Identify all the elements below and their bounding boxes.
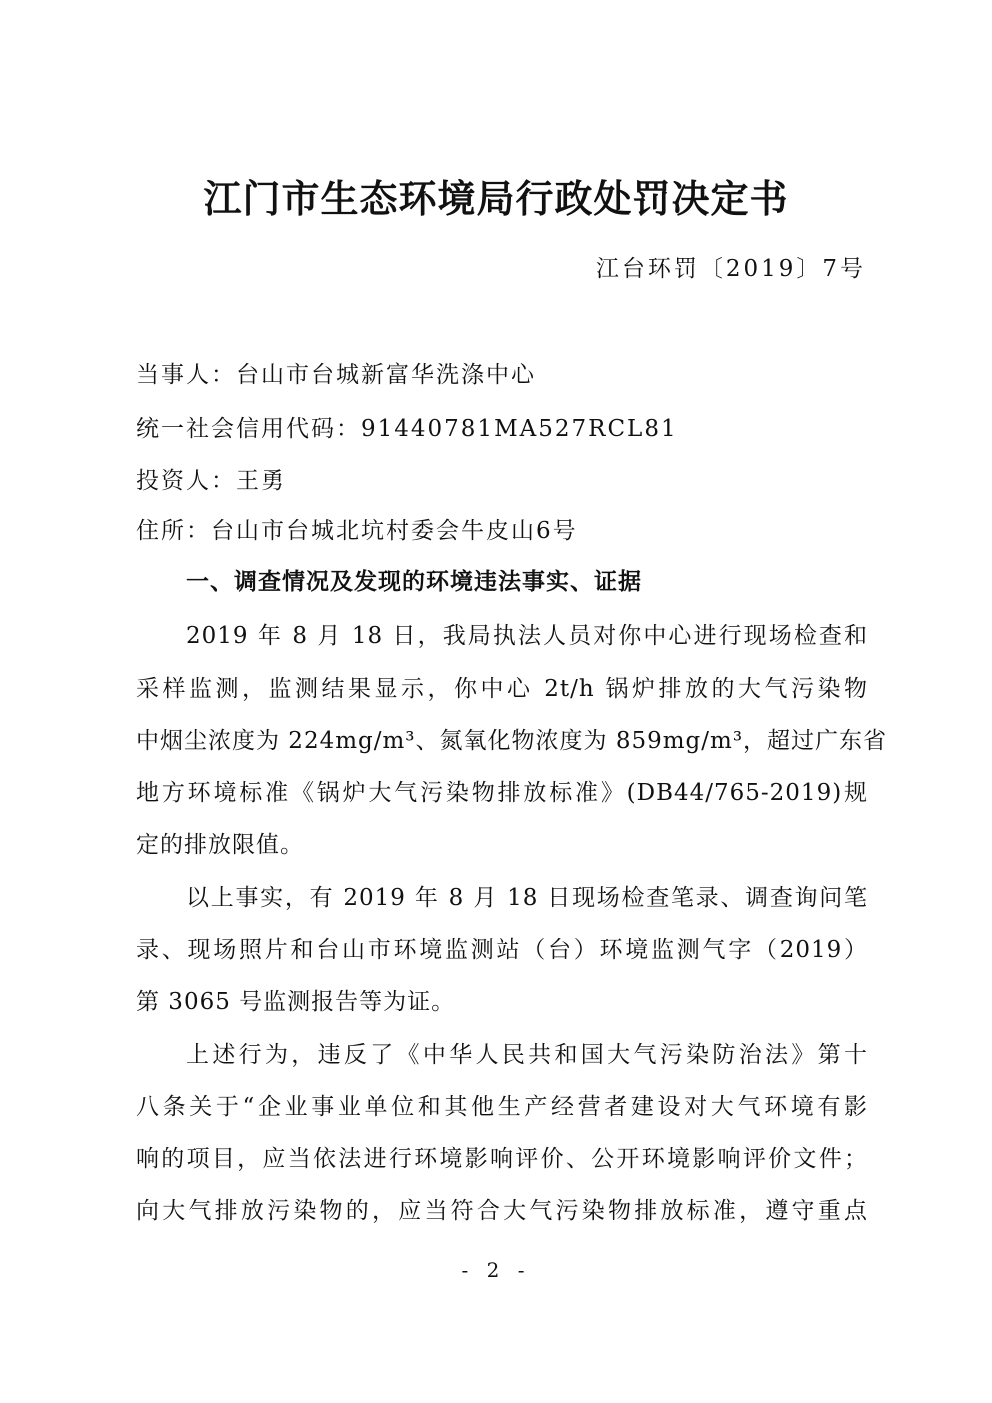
paragraph-line: 向大气排放污染物的，应当符合大气污染物排放标准，遵守重点 (136, 1192, 868, 1225)
section-heading: 一、调查情况及发现的环境违法事实、证据 (186, 563, 642, 596)
document-title: 江门市生态环境局行政处罚决定书 (0, 168, 992, 223)
address: 住所：台山市台城北坑村委会牛皮山6号 (136, 512, 868, 545)
page-number: - 2 - (0, 1258, 992, 1282)
party-name-value: 台山市台城新富华洗涤中心 (236, 362, 536, 388)
paragraph-line: 上述行为，违反了《中华人民共和国大气污染防治法》第十 (186, 1036, 868, 1069)
paragraph-line: 第 3065 号监测报告等为证。 (136, 983, 868, 1016)
party-name: 当事人：台山市台城新富华洗涤中心 (136, 356, 868, 389)
address-value: 台山市台城北坑村委会牛皮山6号 (211, 518, 578, 544)
paragraph-line: 采样监测，监测结果显示，你中心 2t/h 锅炉排放的大气污染物 (136, 670, 868, 703)
party-name-label: 当事人： (136, 362, 236, 388)
credit-code-label: 统一社会信用代码： (136, 416, 361, 442)
paragraph-line: 以上事实，有 2019 年 8 月 18 日现场检查笔录、调查询问笔 (186, 879, 868, 912)
credit-code-value: 91440781MA527RCL81 (361, 416, 678, 442)
investor: 投资人：王勇 (136, 462, 868, 495)
paragraph-line: 地方环境标准《锅炉大气污染物排放标准》(DB44/765-2019)规 (136, 774, 868, 807)
paragraph-line: 中烟尘浓度为 224mg/m³、氮氧化物浓度为 859mg/m³，超过广东省 (136, 722, 868, 755)
address-label: 住所： (136, 518, 211, 544)
paragraph-line: 响的项目，应当依法进行环境影响评价、公开环境影响评价文件； (136, 1140, 868, 1173)
paragraph-line: 八条关于“企业事业单位和其他生产经营者建设对大气环境有影 (136, 1088, 868, 1121)
investor-label: 投资人： (136, 468, 236, 494)
paragraph-line: 录、现场照片和台山市环境监测站（台）环境监测气字（2019） (136, 931, 868, 964)
paragraph-line: 2019 年 8 月 18 日，我局执法人员对你中心进行现场检查和 (186, 617, 868, 650)
credit-code: 统一社会信用代码：91440781MA527RCL81 (136, 410, 868, 443)
document-number: 江台环罚〔2019〕7号 (596, 250, 866, 283)
investor-value: 王勇 (236, 468, 286, 494)
paragraph-line: 定的排放限值。 (136, 826, 868, 859)
